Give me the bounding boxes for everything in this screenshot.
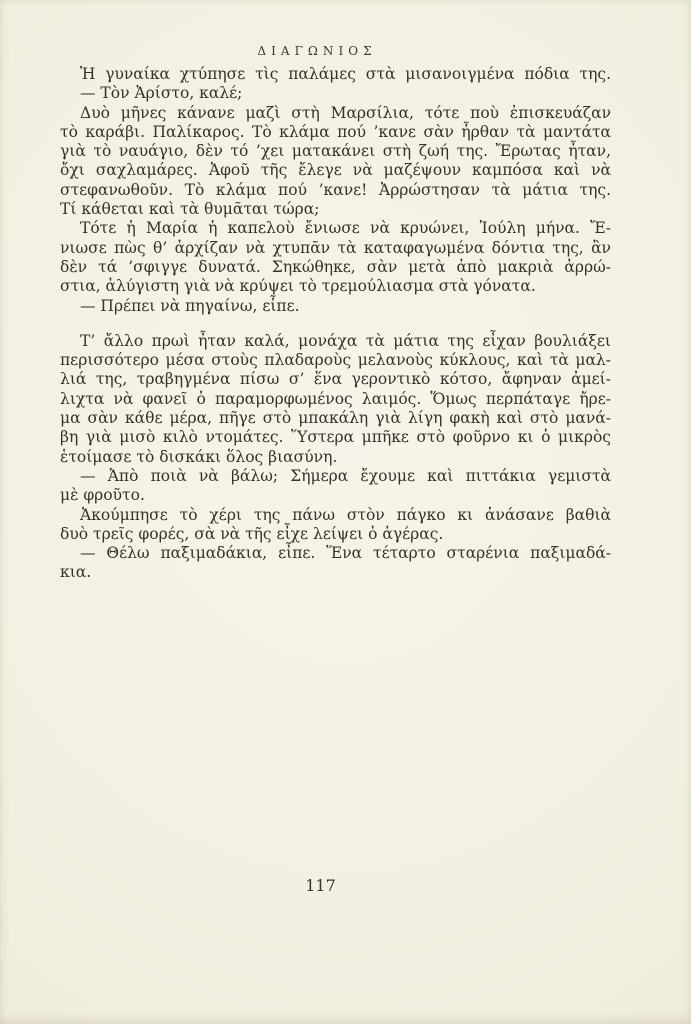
text-line: γιὰ τὸ ναυάγιο, δὲν τό ’χει ματακάνει στ…	[60, 142, 611, 161]
text-line: τὸ καράβι. Παλίκαρος. Τὸ κλάμα πού ’κανε…	[60, 123, 611, 142]
text-line: Ἀκούμπησε τὸ χέρι της πάνω στὸν πάγκο κι…	[60, 506, 611, 525]
text-line: βη γιὰ μισὸ κιλὸ ντομάτες. Ὕστερα μπῆκε …	[60, 428, 611, 447]
text-line: στεφανωθοῦν. Τὸ κλάμα πού ’κανε! Ἀρρώστη…	[60, 181, 611, 200]
text-line: λιά της, τραβηγμένα πίσω σ’ ἕνα γεροντικ…	[60, 370, 611, 389]
paragraph: — Θέλω παξιμαδάκια, εἶπε. Ἕνα τέταρτο στ…	[60, 544, 611, 583]
text-line: — Πρέπει νὰ πηγαίνω, εἶπε.	[60, 297, 611, 316]
text-line: Τότε ἡ Μαρία ἡ καπελοὺ ἔνιωσε νὰ κρυώνει…	[60, 219, 611, 238]
text-line: δυὸ τρεῖς φορές, σὰ νὰ τῆς εἶχε λείψει ὁ…	[60, 525, 611, 544]
paragraph: — Ἀπὸ ποιὰ νὰ βάλω; Σήμερα ἔχουμε καὶ πι…	[60, 467, 611, 506]
page-number: 117	[45, 876, 596, 895]
text-line: — Τὸν Ἀρίστο, καλέ;	[60, 84, 611, 103]
text-line: Τ’ ἄλλο πρωὶ ἦταν καλά, μονάχα τὰ μάτια …	[60, 332, 611, 351]
text-line: μα σὰν κάθε μέρα, πῆγε στὸ μπακάλη γιὰ λ…	[60, 409, 611, 428]
text-line: — Ἀπὸ ποιὰ νὰ βάλω; Σήμερα ἔχουμε καὶ πι…	[60, 467, 611, 486]
text-line: στια, ἀλύγιστη γιὰ νὰ κρύψει τὸ τρεμούλι…	[60, 277, 611, 296]
text-block: Ἡ γυναίκα χτύπησε τὶς παλάμες στὰ μισανο…	[60, 65, 611, 583]
text-line: — Θέλω παξιμαδάκια, εἶπε. Ἕνα τέταρτο στ…	[60, 544, 611, 563]
text-line: δὲν τά ’σφιγγε δυνατά. Σηκώθηκε, σὰν μετ…	[60, 258, 611, 277]
paragraph: Τότε ἡ Μαρία ἡ καπελοὺ ἔνιωσε νὰ κρυώνει…	[60, 219, 611, 296]
text-line: Τί κάθεται καὶ τὰ θυμᾶται τώρα;	[60, 200, 611, 219]
text-line: λιχτα νὰ φανεῖ ὁ παραμορφωμένος λαιμός. …	[60, 390, 611, 409]
running-header: ΔΙΑΓΩΝΙΟΣ	[39, 44, 590, 58]
text-line: Ἡ γυναίκα χτύπησε τὶς παλάμες στὰ μισανο…	[60, 65, 611, 84]
text-line: νιωσε πὼς θ’ ἀρχίζαν νὰ χτυπᾶν τὰ καταφα…	[60, 239, 611, 258]
paragraph: Δυὸ μῆνες κάνανε μαζὶ στὴ Μαρσίλια, τότε…	[60, 104, 611, 220]
text-line: μὲ φροῦτο.	[60, 486, 611, 505]
text-line: Δυὸ μῆνες κάνανε μαζὶ στὴ Μαρσίλια, τότε…	[60, 104, 611, 123]
paragraph: — Πρέπει νὰ πηγαίνω, εἶπε.	[60, 297, 611, 316]
book-page: ΔΙΑΓΩΝΙΟΣ Ἡ γυναίκα χτύπησε τὶς παλάμες …	[0, 0, 691, 1024]
paragraph: Τ’ ἄλλο πρωὶ ἦταν καλά, μονάχα τὰ μάτια …	[60, 332, 611, 467]
text-line: περισσότερο μέσα στοὺς πλαδαροὺς μελανοὺ…	[60, 351, 611, 370]
paragraph: — Τὸν Ἀρίστο, καλέ;	[60, 84, 611, 103]
text-line: ἑτοίμασε τὸ δισκάκι ὅλος βιασύνη.	[60, 448, 611, 467]
text-line: ὄχι σαχλαμάρες. Ἀφοῦ τῆς ἔλεγε νὰ μαζέψο…	[60, 161, 611, 180]
paragraph: Ἡ γυναίκα χτύπησε τὶς παλάμες στὰ μισανο…	[60, 65, 611, 84]
paragraph: Ἀκούμπησε τὸ χέρι της πάνω στὸν πάγκο κι…	[60, 506, 611, 545]
text-line: κια.	[60, 563, 611, 582]
